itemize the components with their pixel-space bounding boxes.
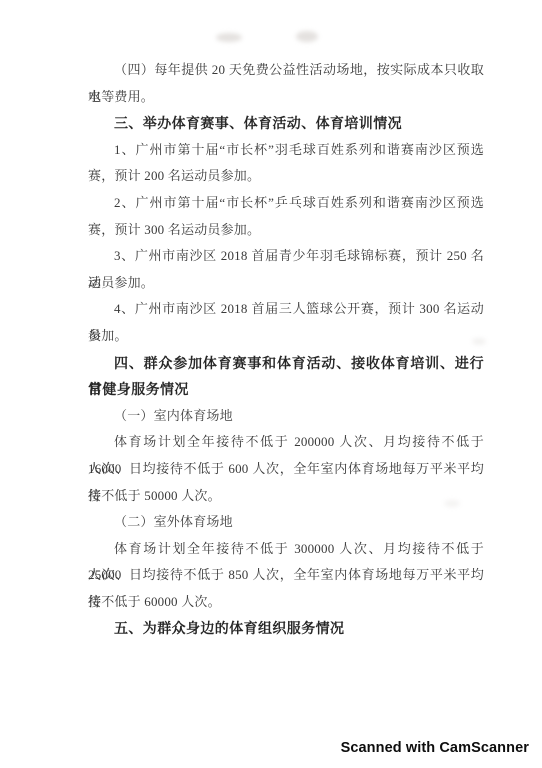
body-line: 电等费用。 xyxy=(88,84,484,111)
section-heading: 常健身服务情况 xyxy=(88,376,484,403)
body-line: 体育场计划全年接待不低于 200000 人次、月均接待不低于 16000 xyxy=(88,429,484,456)
body-line: 参加。 xyxy=(88,323,484,350)
body-line: 4、广州市南沙区 2018 首届三人篮球公开赛，预计 300 名运动员 xyxy=(88,296,484,323)
body-line: 赛，预计 200 名运动员参加。 xyxy=(88,163,484,190)
scan-artifact xyxy=(296,31,318,42)
body-line: 2、广州市第十届“市长杯”乒乓球百姓系列和谐赛南沙区预选 xyxy=(88,190,484,217)
section-heading: 三、举办体育赛事、体育活动、体育培训情况 xyxy=(88,110,484,137)
sub-section-heading: （二）室外体育场地 xyxy=(88,509,484,536)
document-body: （四）每年提供 20 天免费公益性活动场地，按实际成本只收取水 电等费用。 三、… xyxy=(88,57,484,642)
sub-section-heading: （一）室内体育场地 xyxy=(88,403,484,430)
body-line: 赛，预计 300 名运动员参加。 xyxy=(88,217,484,244)
body-line: 待不低于 60000 人次。 xyxy=(88,589,484,616)
body-line: 动员参加。 xyxy=(88,270,484,297)
section-heading: 四、群众参加体育赛事和体育活动、接收体育培训、进行日 xyxy=(88,350,484,377)
body-line: （四）每年提供 20 天免费公益性活动场地，按实际成本只收取水 xyxy=(88,57,484,84)
scan-artifact xyxy=(216,33,242,42)
body-line: 人次、日均接待不低于 850 人次，全年室内体育场地每万平米平均接 xyxy=(88,562,484,589)
body-line: 人次、日均接待不低于 600 人次，全年室内体育场地每万平米平均接 xyxy=(88,456,484,483)
body-line: 1、广州市第十届“市长杯”羽毛球百姓系列和谐赛南沙区预选 xyxy=(88,137,484,164)
body-line: 3、广州市南沙区 2018 首届青少年羽毛球锦标赛，预计 250 名运 xyxy=(88,243,484,270)
body-line: 待不低于 50000 人次。 xyxy=(88,483,484,510)
section-heading: 五、为群众身边的体育组织服务情况 xyxy=(88,615,484,642)
body-line: 体育场计划全年接待不低于 300000 人次、月均接待不低于 25000 xyxy=(88,536,484,563)
scanned-page: （四）每年提供 20 天免费公益性活动场地，按实际成本只收取水 电等费用。 三、… xyxy=(0,0,542,768)
camscanner-watermark: Scanned with CamScanner xyxy=(341,740,529,756)
